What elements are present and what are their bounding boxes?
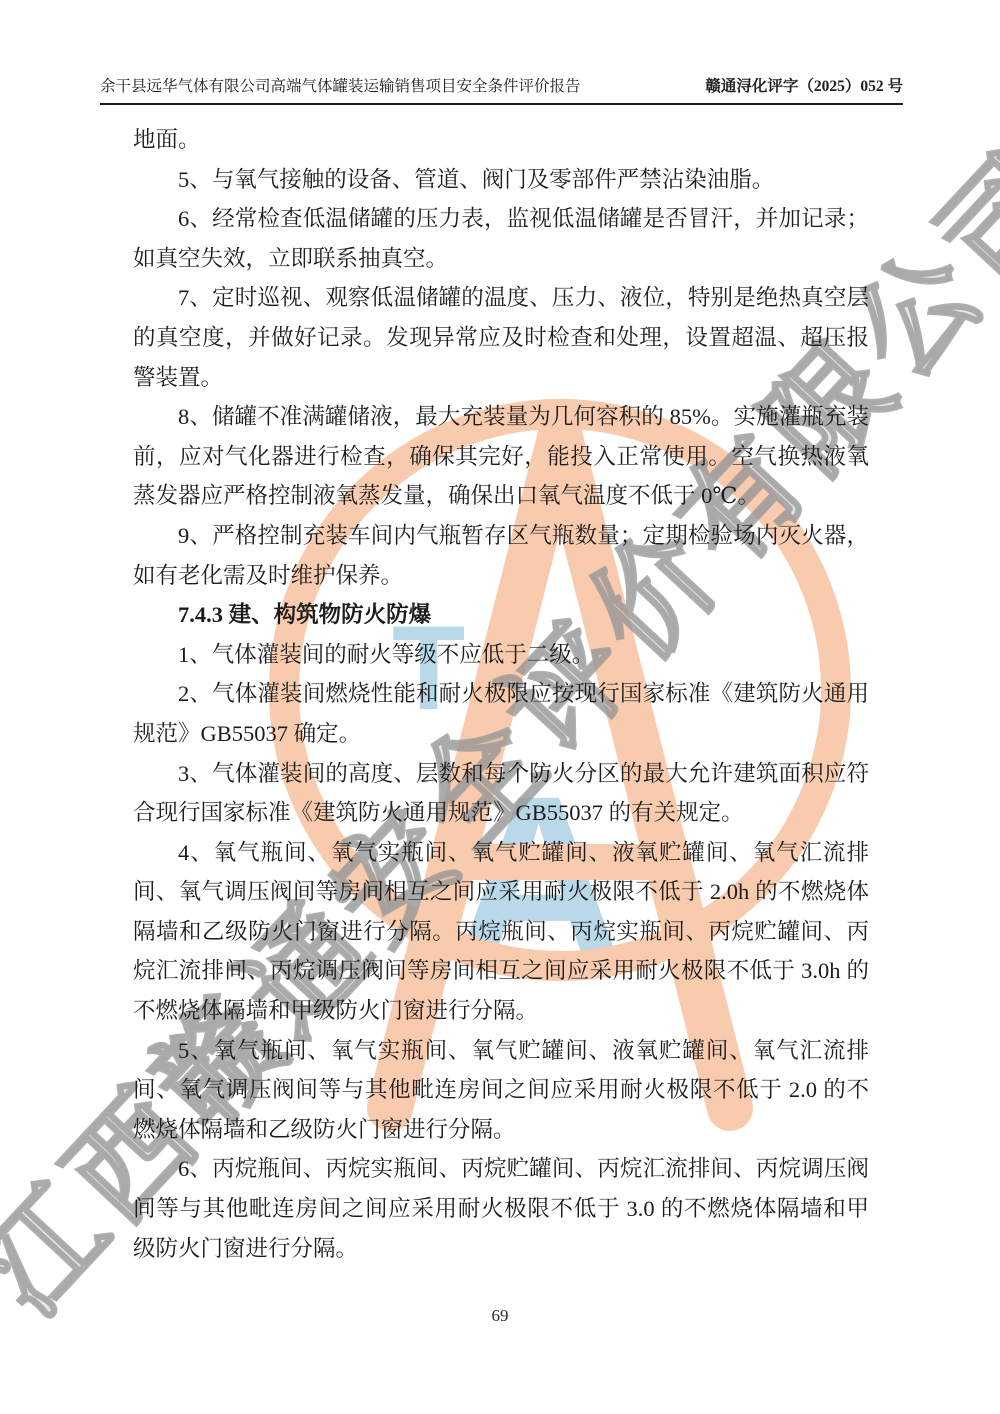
page-number: 69 [0,1306,1000,1326]
paragraph: 5、与氧气接触的设备、管道、阀门及零部件严禁沾染油脂。 [133,160,869,200]
paragraph: 4、氧气瓶间、氧气实瓶间、氧气贮罐间、液氧贮罐间、氧气汇流排间、氧气调压阀间等房… [133,833,869,1031]
paragraph: 1、气体灌装间的耐火等级不应低于二级。 [133,635,869,675]
paragraph: 6、经常检查低温储罐的压力表，监视低温储罐是否冒汗，并加记录；如真空失效，立即联… [133,199,869,278]
paragraph: 7、定时巡视、观察低温储罐的温度、压力、液位，特别是绝热真空层的真空度，并做好记… [133,278,869,397]
document-body: 地面。5、与氧气接触的设备、管道、阀门及零部件严禁沾染油脂。6、经常检查低温储罐… [133,120,869,1268]
paragraph: 3、气体灌装间的高度、层数和每个防火分区的最大允许建筑面积应符合现行国家标准《建… [133,754,869,833]
paragraph: 9、严格控制充装车间内气瓶暂存区气瓶数量；定期检验场内灭火器，如有老化需及时维护… [133,516,869,595]
paragraph: 6、丙烷瓶间、丙烷实瓶间、丙烷贮罐间、丙烷汇流排间、丙烷调压阀间等与其他毗连房间… [133,1149,869,1268]
document-number: 赣通浔化评字（2025）052 号 [705,74,903,96]
paragraph: 地面。 [133,120,869,160]
section-heading: 7.4.3 建、构筑物防火防爆 [133,595,869,635]
document-page: T A 江西赣通安全评价有限公司 余干县远华气体有限公司高端气体罐装运输销售项目… [0,0,1000,1414]
paragraph: 5、氧气瓶间、氧气实瓶间、氧气贮罐间、液氧贮罐间、氧气汇流排间、氧气调压阀间等与… [133,1031,869,1150]
page-header: 余干县远华气体有限公司高端气体罐装运输销售项目安全条件评价报告 赣通浔化评字（2… [100,74,903,105]
paragraph: 8、储罐不准满罐储液，最大充装量为几何容积的 85%。实施灌瓶充装前，应对气化器… [133,397,869,516]
paragraph: 2、气体灌装间燃烧性能和耐火极限应按现行国家标准《建筑防火通用规范》GB5503… [133,674,869,753]
report-title: 余干县远华气体有限公司高端气体罐装运输销售项目安全条件评价报告 [100,74,581,96]
